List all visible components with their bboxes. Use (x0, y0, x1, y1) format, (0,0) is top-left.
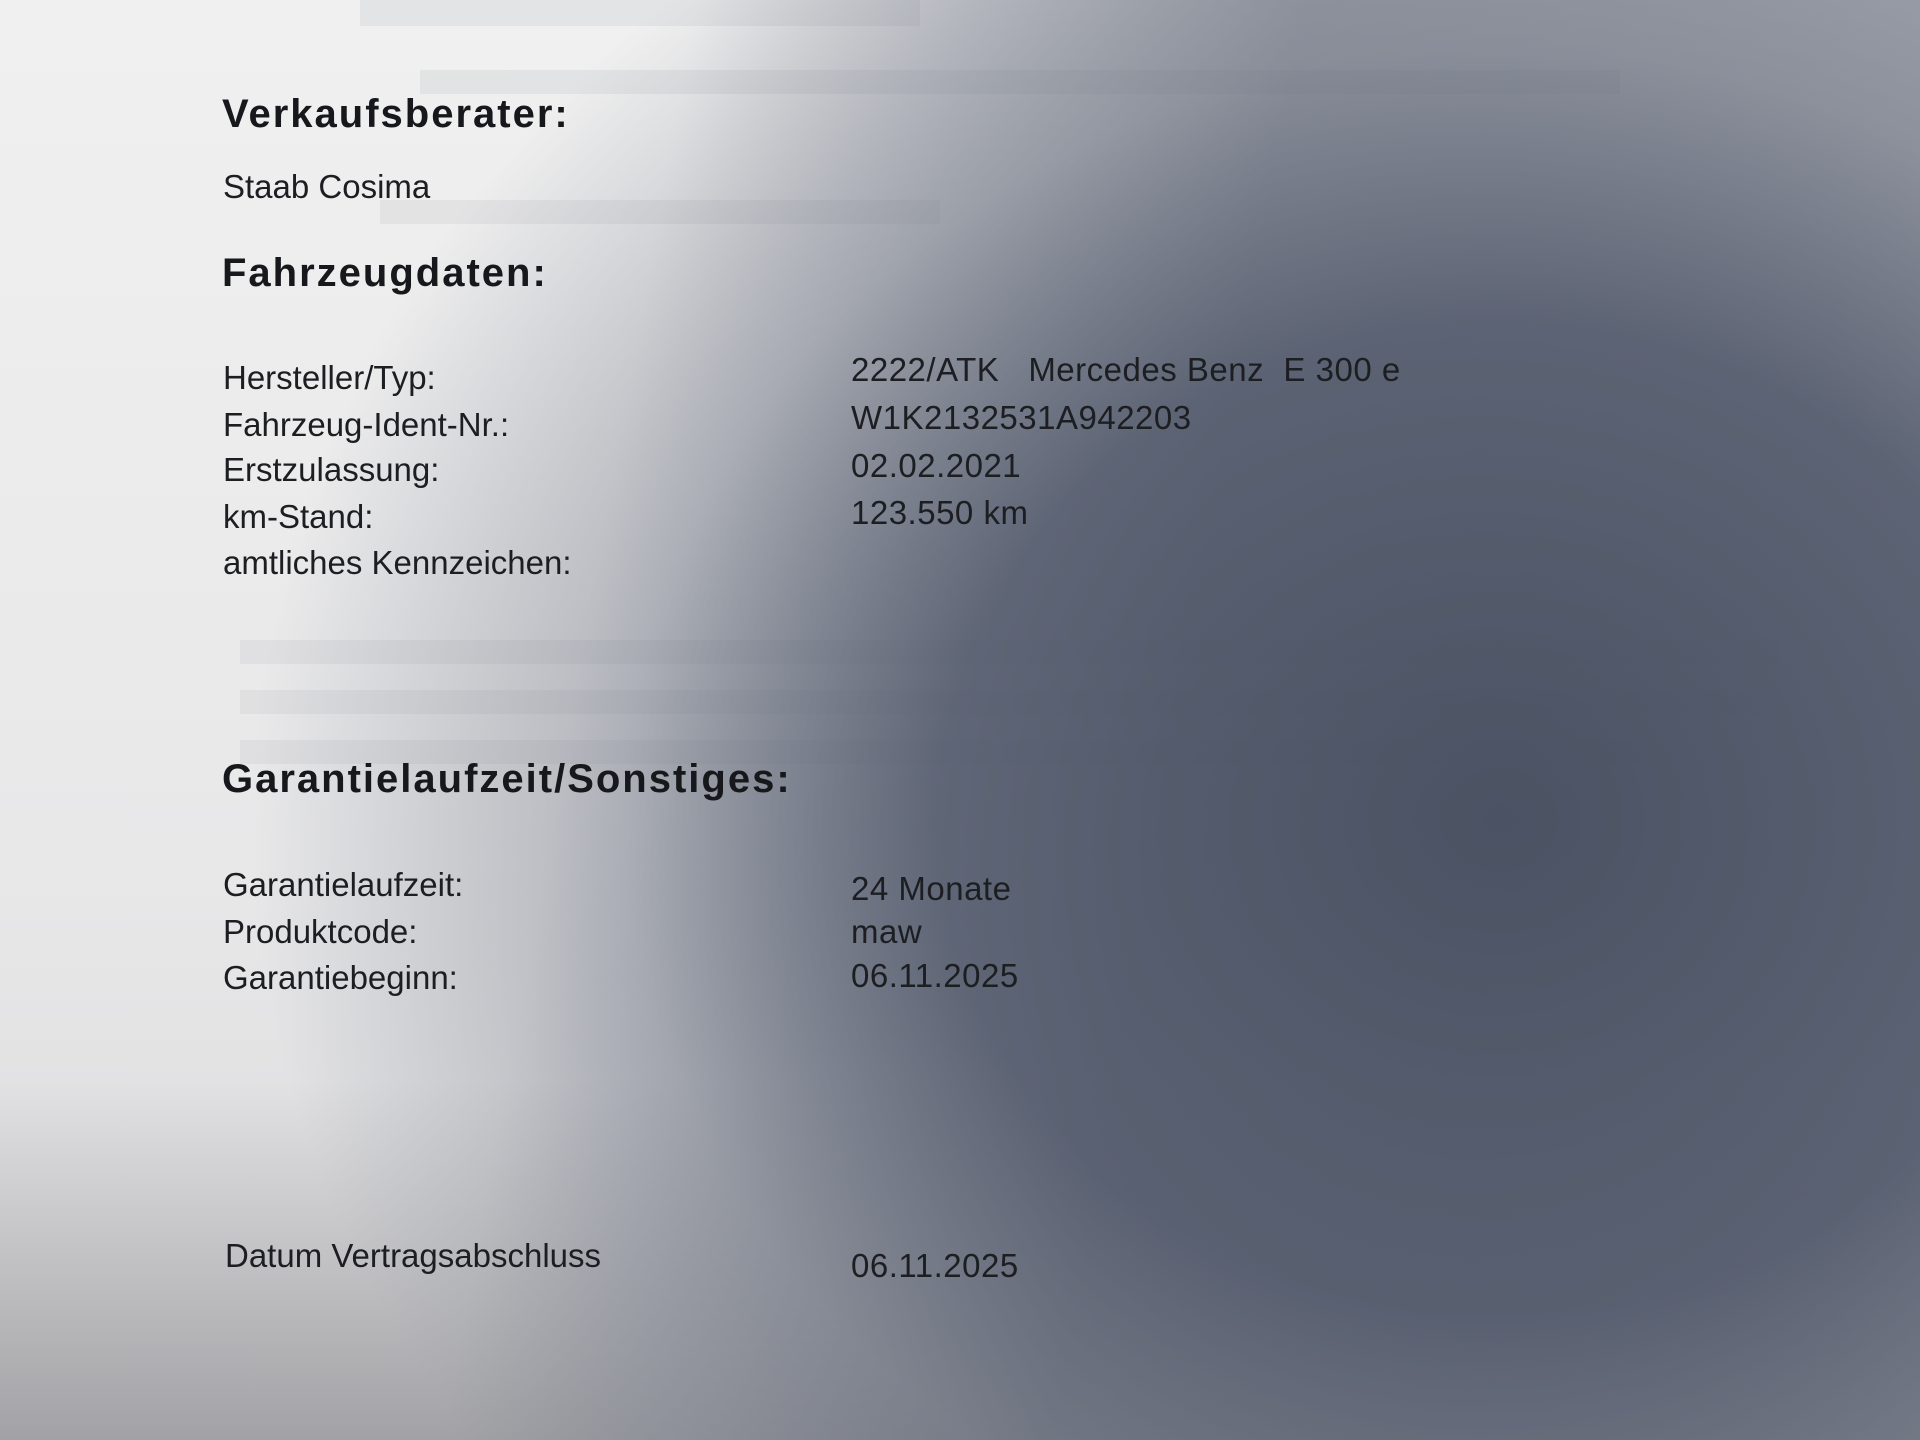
vehicle-label-first-registration: Erstzulassung: (223, 451, 439, 489)
warranty-label-duration: Garantielaufzeit: (223, 866, 463, 904)
document-content: Verkaufsberater: Staab Cosima Fahrzeugda… (0, 0, 1920, 1440)
vehicle-value-manufacturer: 2222/ATK Mercedes Benz E 300 e (851, 351, 1401, 389)
warranty-label-product-code: Produktcode: (223, 913, 417, 951)
vehicle-label-mileage: km-Stand: (223, 498, 373, 536)
sales-advisor-heading: Verkaufsberater: (222, 92, 570, 137)
warranty-value-start: 06.11.2025 (851, 957, 1019, 995)
contract-date-value: 06.11.2025 (851, 1247, 1019, 1285)
vehicle-value-vin: W1K2132531A942203 (851, 399, 1192, 437)
warranty-value-product-code: maw (851, 913, 922, 951)
vehicle-value-mileage: 123.550 km (851, 494, 1028, 532)
vehicle-value-first-registration: 02.02.2021 (851, 447, 1021, 485)
warranty-value-duration: 24 Monate (851, 870, 1011, 908)
vehicle-label-manufacturer: Hersteller/Typ: (223, 359, 436, 397)
warranty-heading: Garantielaufzeit/Sonstiges: (222, 757, 792, 802)
vehicle-data-heading: Fahrzeugdaten: (222, 251, 548, 296)
vehicle-label-vin: Fahrzeug-Ident-Nr.: (223, 406, 509, 444)
vehicle-label-license-plate: amtliches Kennzeichen: (223, 544, 572, 582)
sales-advisor-name: Staab Cosima (223, 168, 430, 206)
warranty-label-start: Garantiebeginn: (223, 959, 458, 997)
contract-date-label: Datum Vertragsabschluss (225, 1237, 601, 1275)
